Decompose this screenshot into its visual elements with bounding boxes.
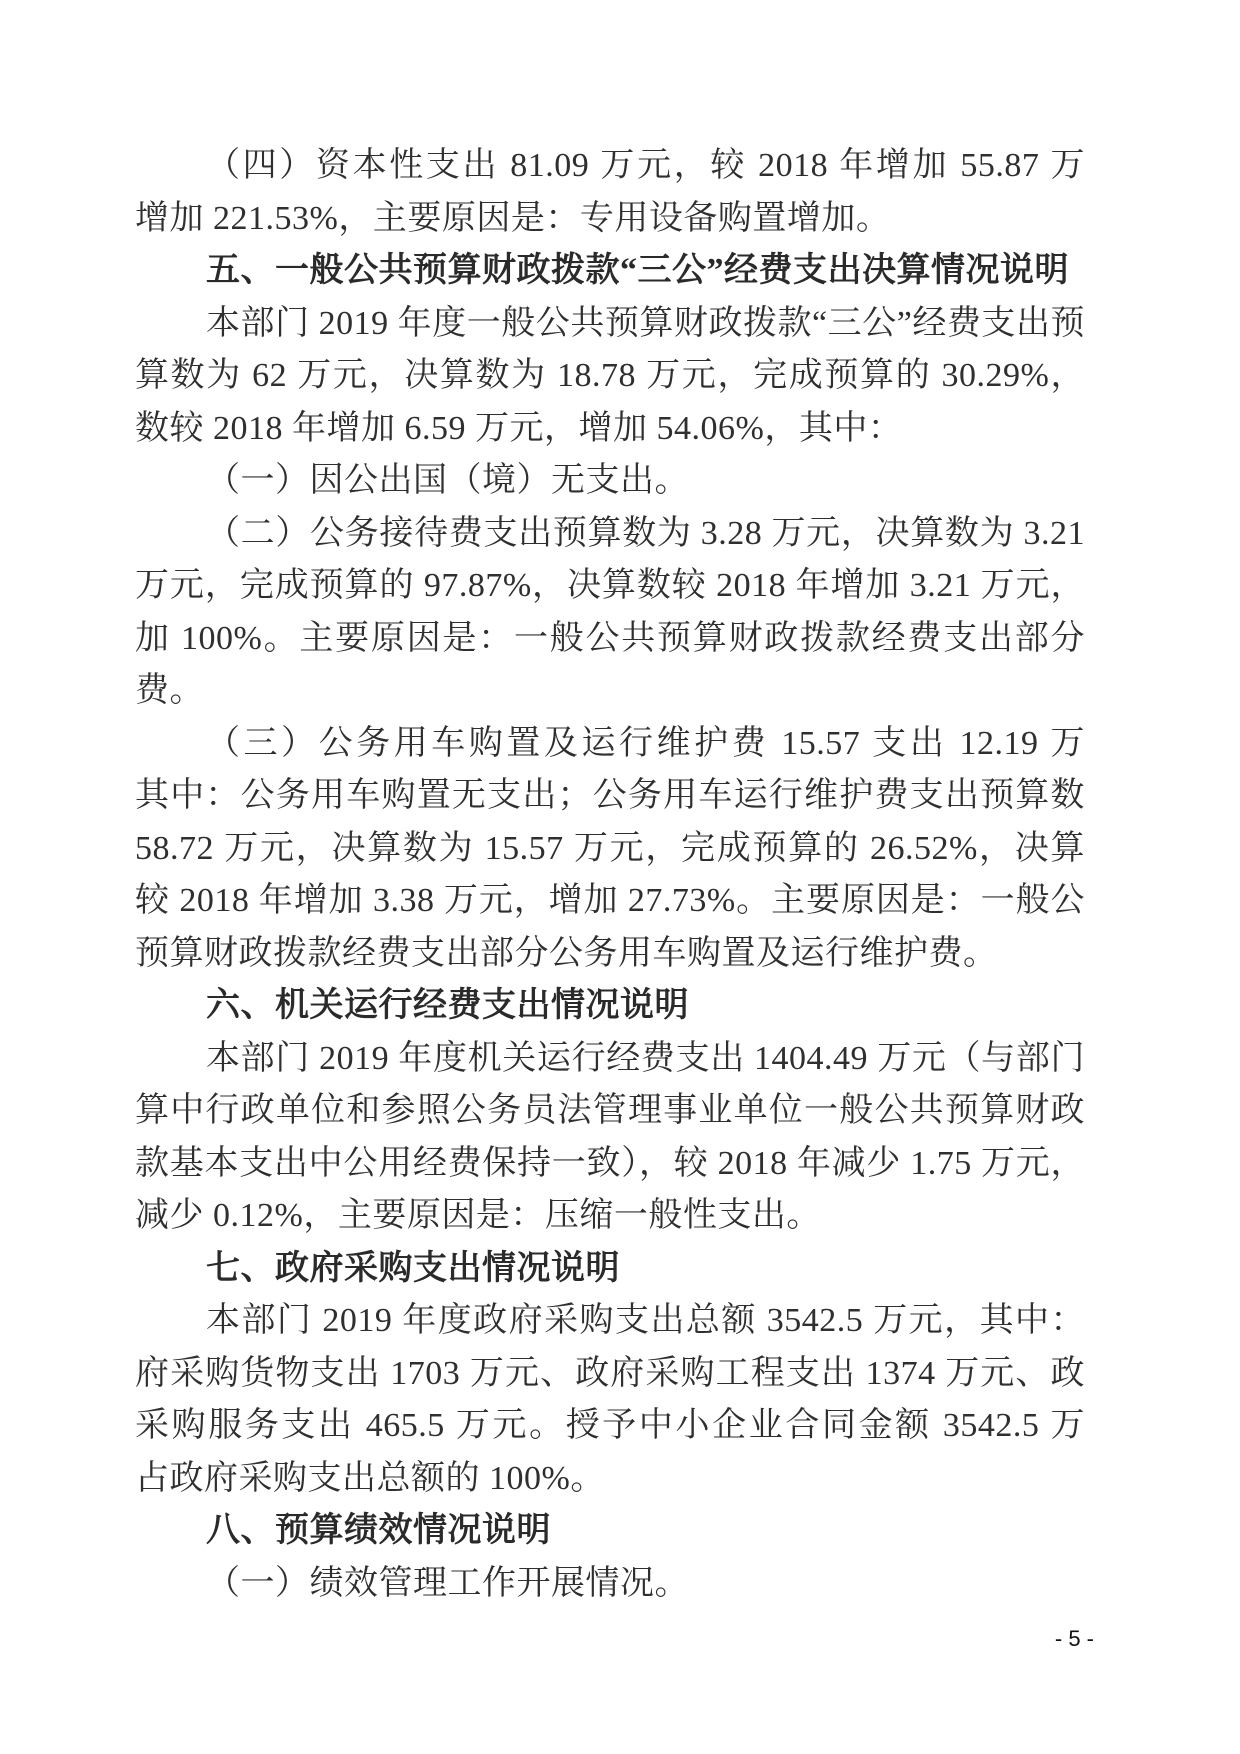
document-line: 费。 bbox=[135, 665, 1085, 718]
document-line: 算数为 62 万元，决算数为 18.78 万元，完成预算的 30.29%，决算 bbox=[135, 350, 1085, 403]
document-line: （一）绩效管理工作开展情况。 bbox=[135, 1558, 1085, 1611]
document-line: 加 100%。主要原因是：一般公共预算财政拨款经费支出部分接待 bbox=[135, 613, 1085, 666]
document-line: （三）公务用车购置及运行维护费 15.57 支出 12.19 万元， bbox=[135, 718, 1085, 771]
document-line: 款基本支出中公用经费保持一致），较 2018 年减少 1.75 万元， bbox=[135, 1138, 1085, 1191]
document-line: 减少 0.12%，主要原因是：压缩一般性支出。 bbox=[135, 1190, 1085, 1243]
document-line: 府采购货物支出 1703 万元、政府采购工程支出 1374 万元、政府 bbox=[135, 1348, 1085, 1401]
document-page: （四）资本性支出 81.09 万元，较 2018 年增加 55.87 万元，增加… bbox=[0, 0, 1240, 1754]
document-line: 万元，完成预算的 97.87%，决算数较 2018 年增加 3.21 万元，增 bbox=[135, 560, 1085, 613]
document-line: 数较 2018 年增加 6.59 万元，增加 54.06%，其中： bbox=[135, 403, 1085, 456]
document-line: 八、预算绩效情况说明 bbox=[135, 1505, 1085, 1558]
document-line: 本部门 2019 年度一般公共预算财政拨款“三公”经费支出预 bbox=[135, 298, 1085, 351]
document-line: 本部门 2019 年度机关运行经费支出 1404.49 万元（与部门决 bbox=[135, 1033, 1085, 1086]
document-text-body: （四）资本性支出 81.09 万元，较 2018 年增加 55.87 万元，增加… bbox=[135, 140, 1085, 1610]
document-line: 本部门 2019 年度政府采购支出总额 3542.5 万元，其中：政 bbox=[135, 1295, 1085, 1348]
document-line: 占政府采购支出总额的 100%。 bbox=[135, 1453, 1085, 1506]
document-line: 其中：公务用车购置无支出；公务用车运行维护费支出预算数 bbox=[135, 770, 1085, 823]
document-line: 五、一般公共预算财政拨款“三公”经费支出决算情况说明 bbox=[135, 245, 1085, 298]
document-line: （一）因公出国（境）无支出。 bbox=[135, 455, 1085, 508]
page-number: - 5 - bbox=[1055, 1626, 1094, 1652]
document-line: 算中行政单位和参照公务员法管理事业单位一般公共预算财政拨 bbox=[135, 1085, 1085, 1138]
document-line: 增加 221.53%，主要原因是：专用设备购置增加。 bbox=[135, 193, 1085, 246]
document-line: 六、机关运行经费支出情况说明 bbox=[135, 980, 1085, 1033]
document-line: 预算财政拨款经费支出部分公务用车购置及运行维护费。 bbox=[135, 928, 1085, 981]
document-line: 采购服务支出 465.5 万元。授予中小企业合同金额 3542.5 万元， bbox=[135, 1400, 1085, 1453]
document-line: 58.72 万元，决算数为 15.57 万元，完成预算的 26.52%，决算数 bbox=[135, 823, 1085, 876]
document-line: （二）公务接待费支出预算数为 3.28 万元，决算数为 3.21 bbox=[135, 508, 1085, 561]
document-line: （四）资本性支出 81.09 万元，较 2018 年增加 55.87 万元， bbox=[135, 140, 1085, 193]
document-line: 七、政府采购支出情况说明 bbox=[135, 1243, 1085, 1296]
document-line: 较 2018 年增加 3.38 万元，增加 27.73%。主要原因是：一般公共 bbox=[135, 875, 1085, 928]
